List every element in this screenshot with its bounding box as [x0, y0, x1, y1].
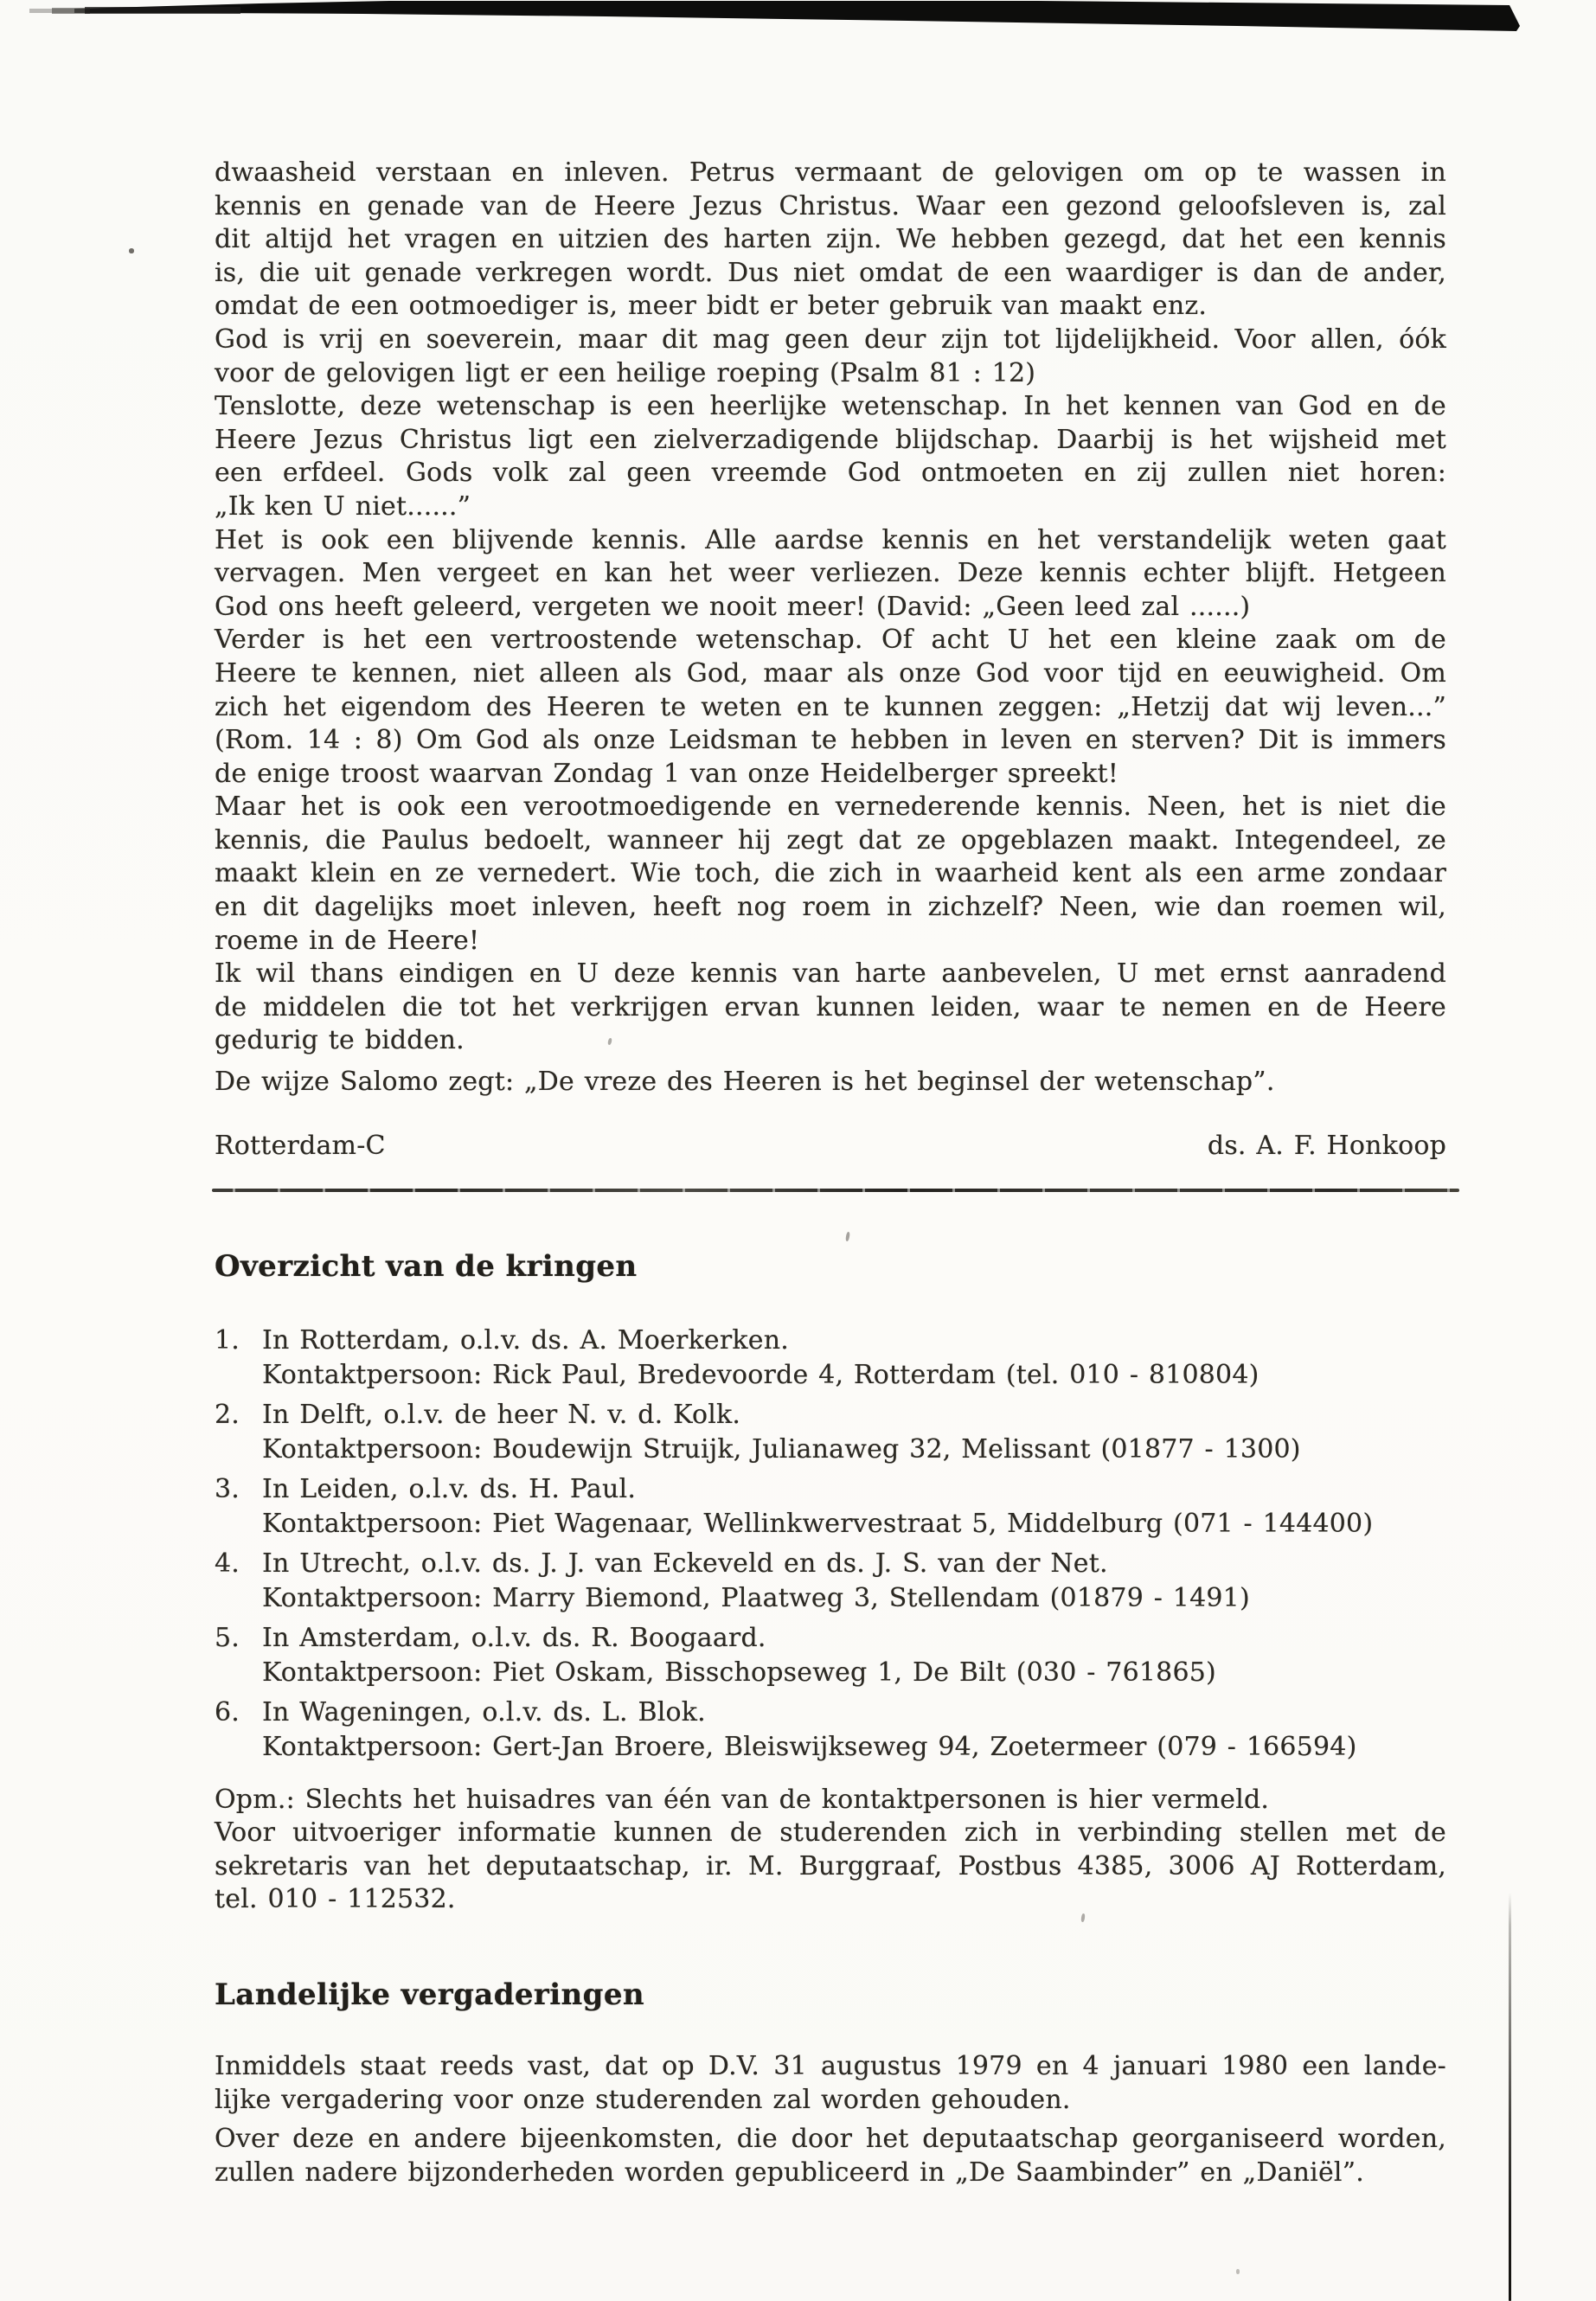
text-line: vervagen. Men vergeet en kan het weer ve… [215, 557, 1446, 591]
paragraph: Tenslotte, deze wetenschap is een heerli… [215, 390, 1446, 523]
item-contact-line: Kontaktpersoon: Marry Biemond, Plaatweg … [262, 1581, 1446, 1616]
paragraph: Inmiddels staat reeds vast, dat op D.V. … [215, 2050, 1446, 2117]
kringen-item: 5.In Amsterdam, o.l.v. ds. R. Boogaard.K… [215, 1621, 1446, 1690]
text-line: Opm.: Slechts het huisadres van één van … [215, 1784, 1446, 1817]
scan-speck [129, 248, 134, 253]
kringen-item: 2.In Delft, o.l.v. de heer N. v. d. Kolk… [215, 1398, 1446, 1467]
paragraph: God is vrij en soeverein, maar dit mag g… [215, 324, 1446, 390]
signature-author: ds. A. F. Honkoop [1208, 1130, 1446, 1163]
text-line: voor de gelovigen ligt er een heilige ro… [215, 357, 1446, 391]
text-line: zullen nadere bijzonderheden worden gepu… [215, 2157, 1446, 2190]
text-line: Over deze en andere bijeenkomsten, die d… [215, 2123, 1446, 2157]
item-group-line: In Delft, o.l.v. de heer N. v. d. Kolk. [262, 1398, 1446, 1433]
text-line: de middelen die tot het verkrijgen ervan… [215, 991, 1446, 1025]
item-number: 4. [215, 1547, 240, 1581]
text-line: de enige troost waarvan Zondag 1 van onz… [215, 758, 1446, 792]
text-line: (Rom. 14 : 8) Om God als onze Leidsman t… [215, 724, 1446, 758]
text-line: De wijze Salomo zegt: „De vreze des Heer… [215, 1066, 1446, 1099]
kringen-item: 3.In Leiden, o.l.v. ds. H. Paul.Kontaktp… [215, 1472, 1446, 1541]
paragraph: Het is ook een blijvende kennis. Alle aa… [215, 524, 1446, 625]
text-line: gedurig te bidden. [215, 1024, 1446, 1058]
text-line: en dit dagelijks moet inleven, heeft nog… [215, 891, 1446, 925]
item-group-line: In Utrecht, o.l.v. ds. J. J. van Eckevel… [262, 1547, 1446, 1581]
text-line: omdat de een ootmoediger is, meer bidt e… [215, 290, 1446, 324]
item-contact-line: Kontaktpersoon: Gert-Jan Broere, Bleiswi… [262, 1730, 1446, 1765]
kringen-item: 4.In Utrecht, o.l.v. ds. J. J. van Eckev… [215, 1547, 1446, 1616]
item-contact-line: Kontaktpersoon: Piet Oskam, Bisschopsewe… [262, 1656, 1446, 1690]
paragraph: Verder is het een vertroostende wetensch… [215, 624, 1446, 791]
paragraph: Over deze en andere bijeenkomsten, die d… [215, 2123, 1446, 2189]
text-line: God ons heeft geleerd, vergeten we nooit… [215, 591, 1446, 625]
text-line: Het is ook een blijvende kennis. Alle aa… [215, 524, 1446, 558]
kringen-heading: Overzicht van de kringen [215, 1249, 638, 1284]
paragraph: De wijze Salomo zegt: „De vreze des Heer… [215, 1066, 1446, 1099]
item-group-line: In Rotterdam, o.l.v. ds. A. Moerkerken. [262, 1324, 1446, 1358]
text-line: kennis en genade van de Heere Jezus Chri… [215, 190, 1446, 224]
item-contact-line: Kontaktpersoon: Rick Paul, Bredevoorde 4… [262, 1358, 1446, 1393]
top-bar-shape [74, 1, 1520, 31]
text-line: een erfdeel. Gods volk zal geen vreemde … [215, 457, 1446, 490]
item-contact-line: Kontaktpersoon: Boudewijn Struijk, Julia… [262, 1433, 1446, 1467]
item-group-line: In Leiden, o.l.v. ds. H. Paul. [262, 1472, 1446, 1507]
top-bar-streak [85, 7, 240, 14]
scan-speck [1236, 2269, 1240, 2274]
scan-artifact-top-bar [0, 0, 1596, 52]
text-line: Inmiddels staat reeds vast, dat op D.V. … [215, 2050, 1446, 2084]
text-line: lijke vergadering voor onze studerenden … [215, 2084, 1446, 2118]
kringen-note-text: Opm.: Slechts het huisadres van één van … [215, 1784, 1446, 1917]
text-line: tel. 010 - 112532. [215, 1883, 1446, 1916]
text-line: dwaasheid verstaan en inleven. Petrus ve… [215, 157, 1446, 190]
paragraph: dwaasheid verstaan en inleven. Petrus ve… [215, 157, 1446, 324]
item-contact-line: Kontaktpersoon: Piet Wagenaar, Wellinkwe… [262, 1507, 1446, 1541]
text-line: Ik wil thans eindigen en U deze kennis v… [215, 958, 1446, 991]
item-number: 6. [215, 1695, 240, 1730]
article-text: dwaasheid verstaan en inleven. Petrus ve… [215, 157, 1446, 1099]
text-line: Tenslotte, deze wetenschap is een heerli… [215, 390, 1446, 424]
text-line: Maar het is ook een verootmoedigende en … [215, 791, 1446, 824]
signature-row: Rotterdam-C ds. A. F. Honkoop [215, 1130, 1446, 1163]
text-line: Heere te kennen, niet alleen als God, ma… [215, 657, 1446, 691]
signature-place: Rotterdam-C [215, 1130, 386, 1163]
item-number: 2. [215, 1398, 240, 1433]
text-line: Verder is het een vertroostende wetensch… [215, 624, 1446, 657]
paragraph: Ik wil thans eindigen en U deze kennis v… [215, 958, 1446, 1058]
text-line: God is vrij en soeverein, maar dit mag g… [215, 324, 1446, 357]
horizontal-rule [212, 1189, 1459, 1192]
paragraph: Opm.: Slechts het huisadres van één van … [215, 1784, 1446, 1817]
item-group-line: In Wageningen, o.l.v. ds. L. Blok. [262, 1695, 1446, 1730]
kringen-list: 1.In Rotterdam, o.l.v. ds. A. Moerkerken… [215, 1324, 1446, 1770]
item-group-line: In Amsterdam, o.l.v. ds. R. Boogaard. [262, 1621, 1446, 1656]
text-line: is, die uit genade verkregen wordt. Dus … [215, 257, 1446, 291]
text-line: sekretaris van het deputaatschap, ir. M.… [215, 1850, 1446, 1883]
text-line: Voor uitvoeriger informatie kunnen de st… [215, 1817, 1446, 1849]
kringen-item: 1.In Rotterdam, o.l.v. ds. A. Moerkerken… [215, 1324, 1446, 1393]
vergaderingen-heading: Landelijke vergaderingen [215, 1977, 644, 2012]
item-number: 5. [215, 1621, 240, 1656]
paragraph: Maar het is ook een verootmoedigende en … [215, 791, 1446, 958]
scan-artifact-right-line [1509, 1893, 1511, 2301]
top-bar-streak [52, 8, 90, 14]
paragraph: Voor uitvoeriger informatie kunnen de st… [215, 1817, 1446, 1916]
vergaderingen-text: Inmiddels staat reeds vast, dat op D.V. … [215, 2050, 1446, 2189]
text-line: zich het eigendom des Heeren te weten en… [215, 691, 1446, 725]
text-line: „Ik ken U niet......” [215, 490, 1446, 524]
document-page: dwaasheid verstaan en inleven. Petrus ve… [0, 0, 1596, 2301]
text-line: dit altijd het vragen en uitzien des har… [215, 223, 1446, 257]
text-line: maakt klein en ze vernedert. Wie toch, d… [215, 857, 1446, 891]
text-line: Heere Jezus Christus ligt een zielverzad… [215, 424, 1446, 458]
item-number: 1. [215, 1324, 240, 1358]
text-line: kennis, die Paulus bedoelt, wanneer hij … [215, 824, 1446, 858]
scan-speck [845, 1232, 850, 1242]
kringen-item: 6.In Wageningen, o.l.v. ds. L. Blok.Kont… [215, 1695, 1446, 1765]
item-number: 3. [215, 1472, 240, 1507]
text-line: roeme in de Heere! [215, 925, 1446, 958]
